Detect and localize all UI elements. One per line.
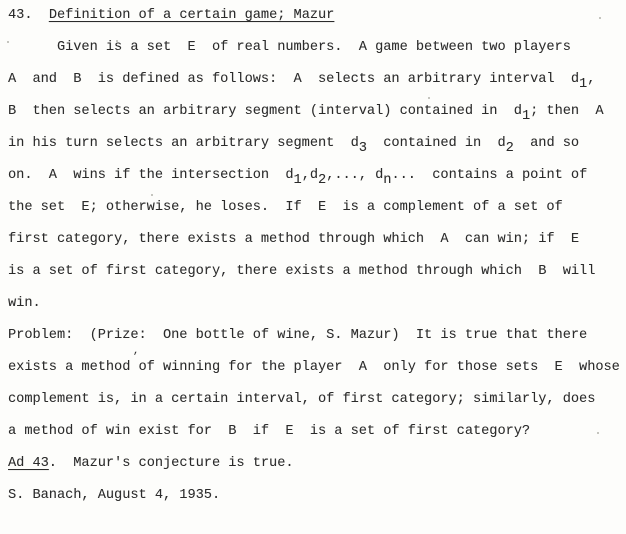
signature-line: S. Banach, August 4, 1935. [8, 480, 626, 512]
body-line-4: in his turn selects an arbitrary segment… [8, 128, 626, 160]
scanned-document-page: 43. Definition of a certain game; Mazur … [0, 0, 626, 534]
scan-speck [348, 393, 350, 395]
text-segment: a method of win exist for B if E is a se… [8, 424, 530, 439]
problem-statement-line-3: complement is, in a certain interval, of… [8, 384, 626, 416]
text-segment: exists a method of winning for the playe… [8, 360, 620, 375]
text-segment: A and B is defined as follows: A selects… [8, 72, 579, 87]
scan-speck [151, 194, 153, 196]
body-line-2: A and B is defined as follows: A selects… [8, 64, 626, 96]
subscript-index: 3 [359, 141, 367, 156]
subscript-index: n [383, 173, 391, 188]
problem-statement-line-4: a method of win exist for B if E is a se… [8, 416, 626, 448]
scan-speck [116, 40, 118, 42]
problem-statement-line-1: Problem: (Prize: One bottle of wine, S. … [8, 320, 626, 352]
text-segment: complement is, in a certain interval, of… [8, 392, 595, 407]
subscript-index: 1 [294, 173, 302, 188]
text-segment: contained in d [367, 136, 506, 151]
problem-heading: 43. Definition of a certain game; Mazur [8, 0, 626, 32]
body-line-3: B then selects an arbitrary segment (int… [8, 96, 626, 128]
text-segment: first category, there exists a method th… [8, 232, 579, 247]
text-segment: on. A wins if the intersection d [8, 168, 294, 183]
text-segment: Given is a set E of real numbers. A game… [8, 40, 571, 55]
text-segment: in his turn selects an arbitrary segment… [8, 136, 359, 151]
text-segment: . Mazur's conjecture is true. [49, 456, 294, 471]
text-segment: ... contains a point of [391, 168, 587, 183]
text-segment: , [587, 72, 595, 87]
body-line-8: is a set of first category, there exists… [8, 256, 626, 288]
body-line-9: win. [8, 288, 626, 320]
text-segment: B then selects an arbitrary segment (int… [8, 104, 522, 119]
scan-speck [599, 17, 601, 19]
body-line-5: on. A wins if the intersection d1,d2,...… [8, 160, 626, 192]
scan-speck [428, 97, 430, 99]
subscript-index: 2 [318, 173, 326, 188]
text-segment: 43. [8, 8, 32, 23]
subscript-index: 1 [522, 109, 530, 124]
text-segment: ; then A [530, 104, 603, 119]
scan-speck [7, 41, 9, 43]
subscript-index: 2 [506, 141, 514, 156]
text-segment: S. Banach, August 4, 1935. [8, 488, 220, 503]
problem-statement-line-2: exists a method of winning for the playe… [8, 352, 626, 384]
text-segment: is a set of first category, there exists… [8, 264, 595, 279]
text-segment: win. [8, 296, 41, 311]
text-segment: ,d [302, 168, 318, 183]
underlined-text: Definition of a certain game; Mazur [49, 8, 335, 23]
text-segment: ,..., d [326, 168, 383, 183]
document-text-block: 43. Definition of a certain game; Mazur … [0, 0, 626, 512]
subscript-index: 1 [579, 77, 587, 92]
body-line-6: the set E; otherwise, he loses. If E is … [8, 192, 626, 224]
text-segment: and so [514, 136, 579, 151]
body-line-1: Given is a set E of real numbers. A game… [8, 32, 626, 64]
scan-speck [597, 432, 599, 434]
text-segment: Problem: (Prize: One bottle of wine, S. … [8, 328, 587, 343]
text-segment: the set E; otherwise, he loses. If E is … [8, 200, 563, 215]
text-segment [32, 8, 48, 23]
underlined-text: Ad 43 [8, 456, 49, 471]
body-line-7: first category, there exists a method th… [8, 224, 626, 256]
answer-line: Ad 43. Mazur's conjecture is true. [8, 448, 626, 480]
stray-typed-mark: , [133, 347, 139, 357]
